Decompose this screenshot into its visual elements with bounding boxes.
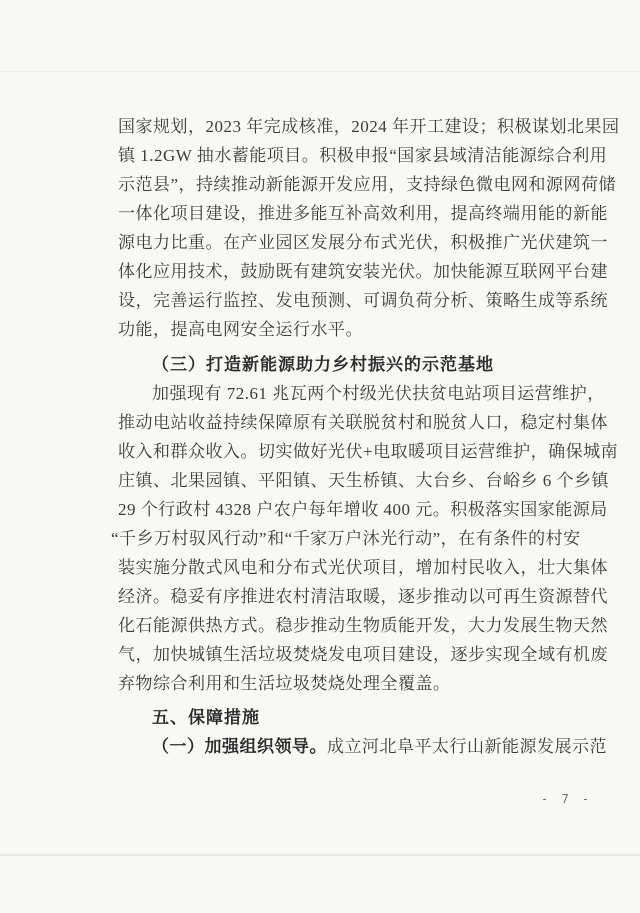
document-text-block: 国家规划，2023 年完成核准，2024 年开工建设；积极谋划北果园 镇 1.2… xyxy=(118,112,576,761)
text-line: 设，完善运行监控、发电预测、可调负荷分析、策略生成等系统 xyxy=(118,286,576,315)
text-line: 功能，提高电网安全运行水平。 xyxy=(118,315,576,344)
text-line: 收入和群众收入。切实做好光伏+电取暖项目运营维护，确保城南 xyxy=(118,437,576,466)
text-line: “千乡万村驭风行动”和“千家万户沐光行动”，在有条件的村安 xyxy=(111,524,576,553)
text-line: 弃物综合利用和生活垃圾焚烧处理全覆盖。 xyxy=(118,669,576,698)
text-line: 装实施分散式风电和分布式光伏项目，增加村民收入，壮大集体 xyxy=(118,553,576,582)
section-heading-5: 五、保障措施 xyxy=(118,703,576,732)
text-line: 29 个行政村 4328 户农户每年增收 400 元。积极落实国家能源局 xyxy=(118,495,576,524)
text-line: 加强现有 72.61 兆瓦两个村级光伏扶贫电站项目运营维护， xyxy=(118,379,576,408)
text-line: 气，加快城镇生活垃圾焚烧发电项目建设，逐步实现全域有机废 xyxy=(118,640,576,669)
text-line: 一体化项目建设，推进多能互补高效利用，提高终端用能的新能 xyxy=(118,199,576,228)
text-line: 化石能源供热方式。稳步推动生物质能开发，大力发展生物天然 xyxy=(118,611,576,640)
scan-artifact-line-top xyxy=(0,71,640,72)
text-line: 经济。稳妥有序推进农村清洁取暖，逐步推动以可再生资源替代 xyxy=(118,582,576,611)
text-line: 国家规划，2023 年完成核准，2024 年开工建设；积极谋划北果园 xyxy=(118,112,576,141)
text-line: 源电力比重。在产业园区发展分布式光伏，积极推广光伏建筑一 xyxy=(118,228,576,257)
text-line: 示范县”，持续推动新能源开发应用，支持绿色微电网和源网荷储 xyxy=(118,170,576,199)
text-line: 镇 1.2GW 抽水蓄能项目。积极申报“国家县域清洁能源综合利用 xyxy=(118,141,576,170)
text-line: 推动电站收益持续保障原有关联脱贫村和脱贫人口，稳定村集体 xyxy=(118,408,576,437)
scan-artifact-line-bottom xyxy=(0,854,640,856)
clause-text: 成立河北阜平太行山新能源发展示范 xyxy=(327,737,607,756)
page-number: - 7 - xyxy=(541,792,592,806)
document-page: 国家规划，2023 年完成核准，2024 年开工建设；积极谋划北果园 镇 1.2… xyxy=(0,0,640,913)
text-line: （一）加强组织领导。成立河北阜平太行山新能源发展示范 xyxy=(118,732,576,761)
clause-label: （一）加强组织领导。 xyxy=(152,737,327,756)
section-heading-3: （三）打造新能源助力乡村振兴的示范基地 xyxy=(118,350,576,379)
text-line: 体化应用技术，鼓励既有建筑安装光伏。加快能源互联网平台建 xyxy=(118,257,576,286)
text-line: 庄镇、北果园镇、平阳镇、天生桥镇、大台乡、台峪乡 6 个乡镇 xyxy=(118,466,576,495)
